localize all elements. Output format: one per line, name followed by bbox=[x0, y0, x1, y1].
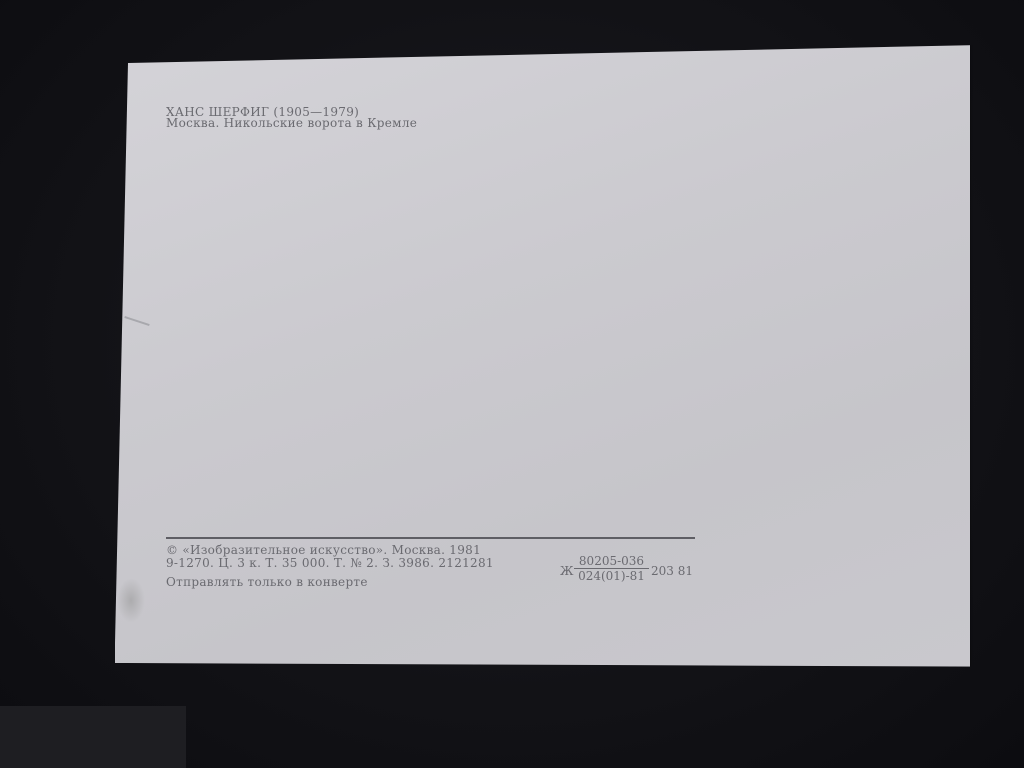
catalog-code-prefix: Ж bbox=[560, 564, 573, 578]
catalog-code-denominator: 024(01)-81 bbox=[574, 569, 649, 583]
artwork-caption: Москва. Никольские ворота в Кремле bbox=[166, 116, 417, 130]
thumb-smudge bbox=[117, 578, 145, 623]
edge-crease bbox=[124, 316, 149, 326]
background-patch bbox=[0, 706, 186, 768]
mailing-note: Отправлять только в конверте bbox=[166, 575, 368, 589]
catalog-code-numerator: 80205-036 bbox=[574, 555, 649, 568]
catalog-code-fraction: 80205-036 024(01)-81 bbox=[574, 555, 649, 583]
divider-line bbox=[166, 537, 695, 539]
postcard-back: ХАНС ШЕРФИГ (1905—1979) Москва. Никольск… bbox=[115, 43, 970, 667]
catalog-code-suffix: 203 81 bbox=[651, 564, 693, 578]
print-info-line: 9-1270. Ц. 3 к. Т. 35 000. Т. № 2. З. 39… bbox=[166, 556, 494, 570]
publisher-line: © «Изобразительное искусство». Москва. 1… bbox=[166, 543, 481, 557]
